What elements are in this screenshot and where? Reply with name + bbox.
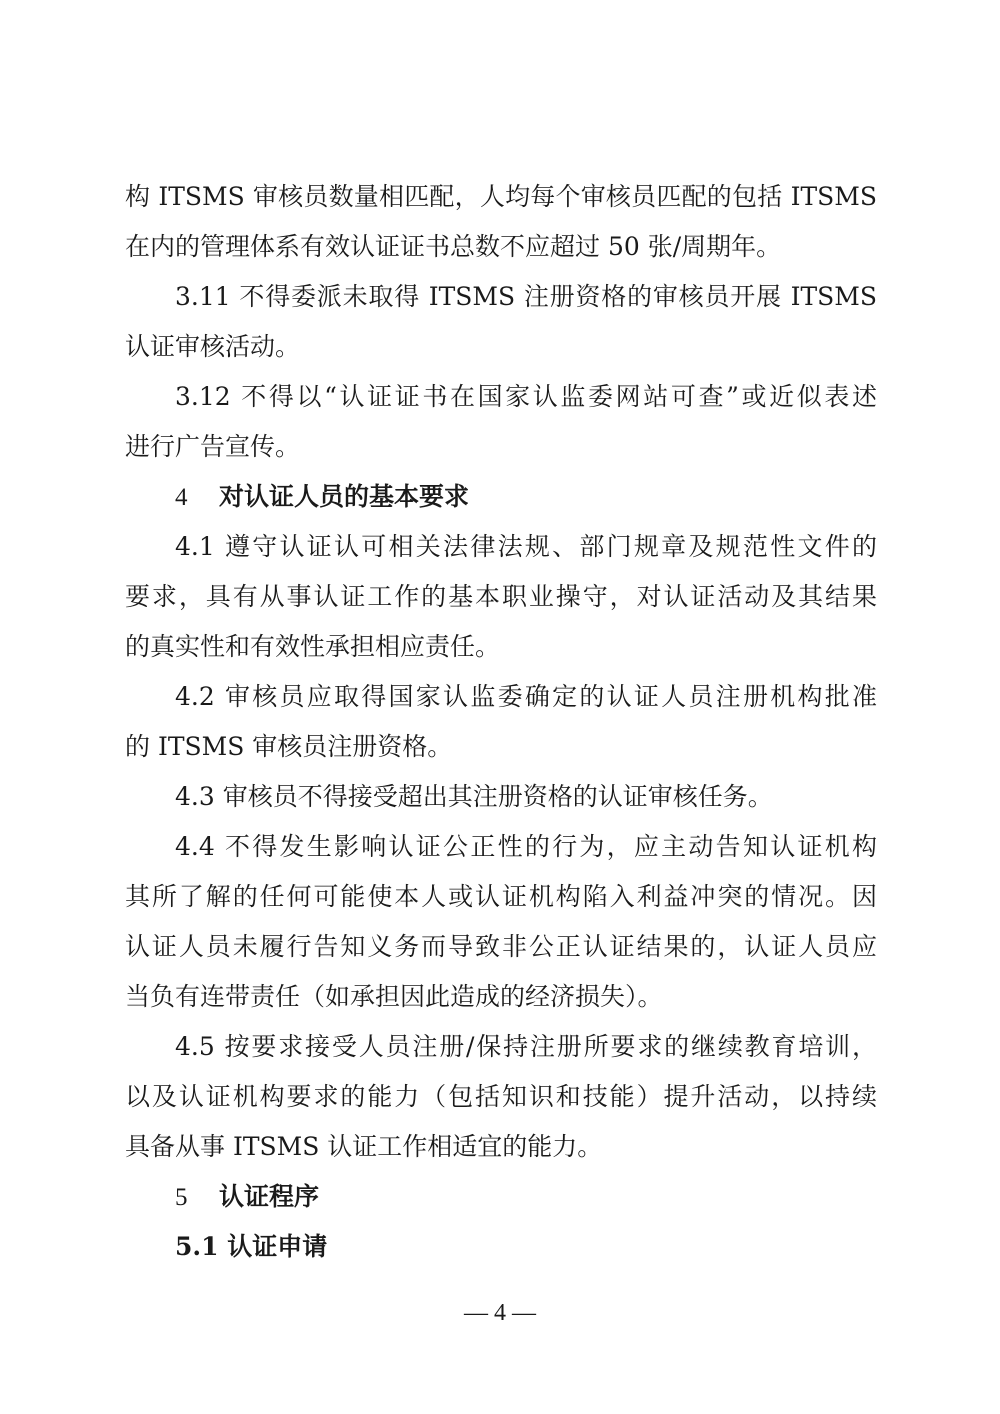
paragraph-line: 以及认证机构要求的能力（包括知识和技能）提升活动，以持续: [125, 1077, 877, 1127]
paragraph-line: 其所了解的任何可能使本人或认证机构陷入利益冲突的情况。因: [125, 877, 877, 927]
subsection-title: 认证申请: [227, 1232, 327, 1261]
clause-4-3: 4.3 审核员不得接受超出其注册资格的认证审核任务。: [125, 777, 877, 827]
paragraph-line: 具备从事 ITSMS 认证工作相适宜的能力。: [125, 1127, 877, 1177]
paragraph-line: 的 ITSMS 审核员注册资格。: [125, 727, 877, 777]
clause-4-1: 4.1 遵守认证认可相关法律法规、部门规章及规范性文件的: [125, 527, 877, 577]
section-5-heading: 5认证程序: [125, 1177, 877, 1227]
clause-3-12: 3.12 不得以“认证证书在国家认监委网站可查”或近似表述: [125, 377, 877, 427]
paragraph-line: 认证人员未履行告知义务而导致非公正认证结果的，认证人员应: [125, 927, 877, 977]
section-number: 4: [175, 478, 219, 518]
document-body: 构 ITSMS 审核员数量相匹配，人均每个审核员匹配的包括 ITSMS 在内的管…: [125, 177, 877, 1277]
paragraph-line: 构 ITSMS 审核员数量相匹配，人均每个审核员匹配的包括 ITSMS: [125, 177, 877, 227]
clause-4-2: 4.2 审核员应取得国家认监委确定的认证人员注册机构批准: [125, 677, 877, 727]
paragraph-line: 当负有连带责任（如承担因此造成的经济损失）。: [125, 977, 877, 1027]
paragraph-line: 认证审核活动。: [125, 327, 877, 377]
clause-4-4: 4.4 不得发生影响认证公正性的行为，应主动告知认证机构: [125, 827, 877, 877]
clause-4-5: 4.5 按要求接受人员注册/保持注册所要求的继续教育培训，: [125, 1027, 877, 1077]
subsection-5-1-heading: 5.1 认证申请: [125, 1227, 877, 1277]
clause-3-11: 3.11 不得委派未取得 ITSMS 注册资格的审核员开展 ITSMS: [125, 277, 877, 327]
section-4-heading: 4对认证人员的基本要求: [125, 477, 877, 527]
section-number: 5: [175, 1178, 219, 1218]
page-number: — 4 —: [0, 1300, 1000, 1327]
subsection-number: 5.1: [175, 1232, 219, 1261]
paragraph-line: 的真实性和有效性承担相应责任。: [125, 627, 877, 677]
section-title: 对认证人员的基本要求: [219, 482, 469, 511]
paragraph-line: 在内的管理体系有效认证证书总数不应超过 50 张/周期年。: [125, 227, 877, 277]
paragraph-line: 要求，具有从事认证工作的基本职业操守，对认证活动及其结果: [125, 577, 877, 627]
paragraph-line: 进行广告宣传。: [125, 427, 877, 477]
section-title: 认证程序: [219, 1182, 319, 1211]
